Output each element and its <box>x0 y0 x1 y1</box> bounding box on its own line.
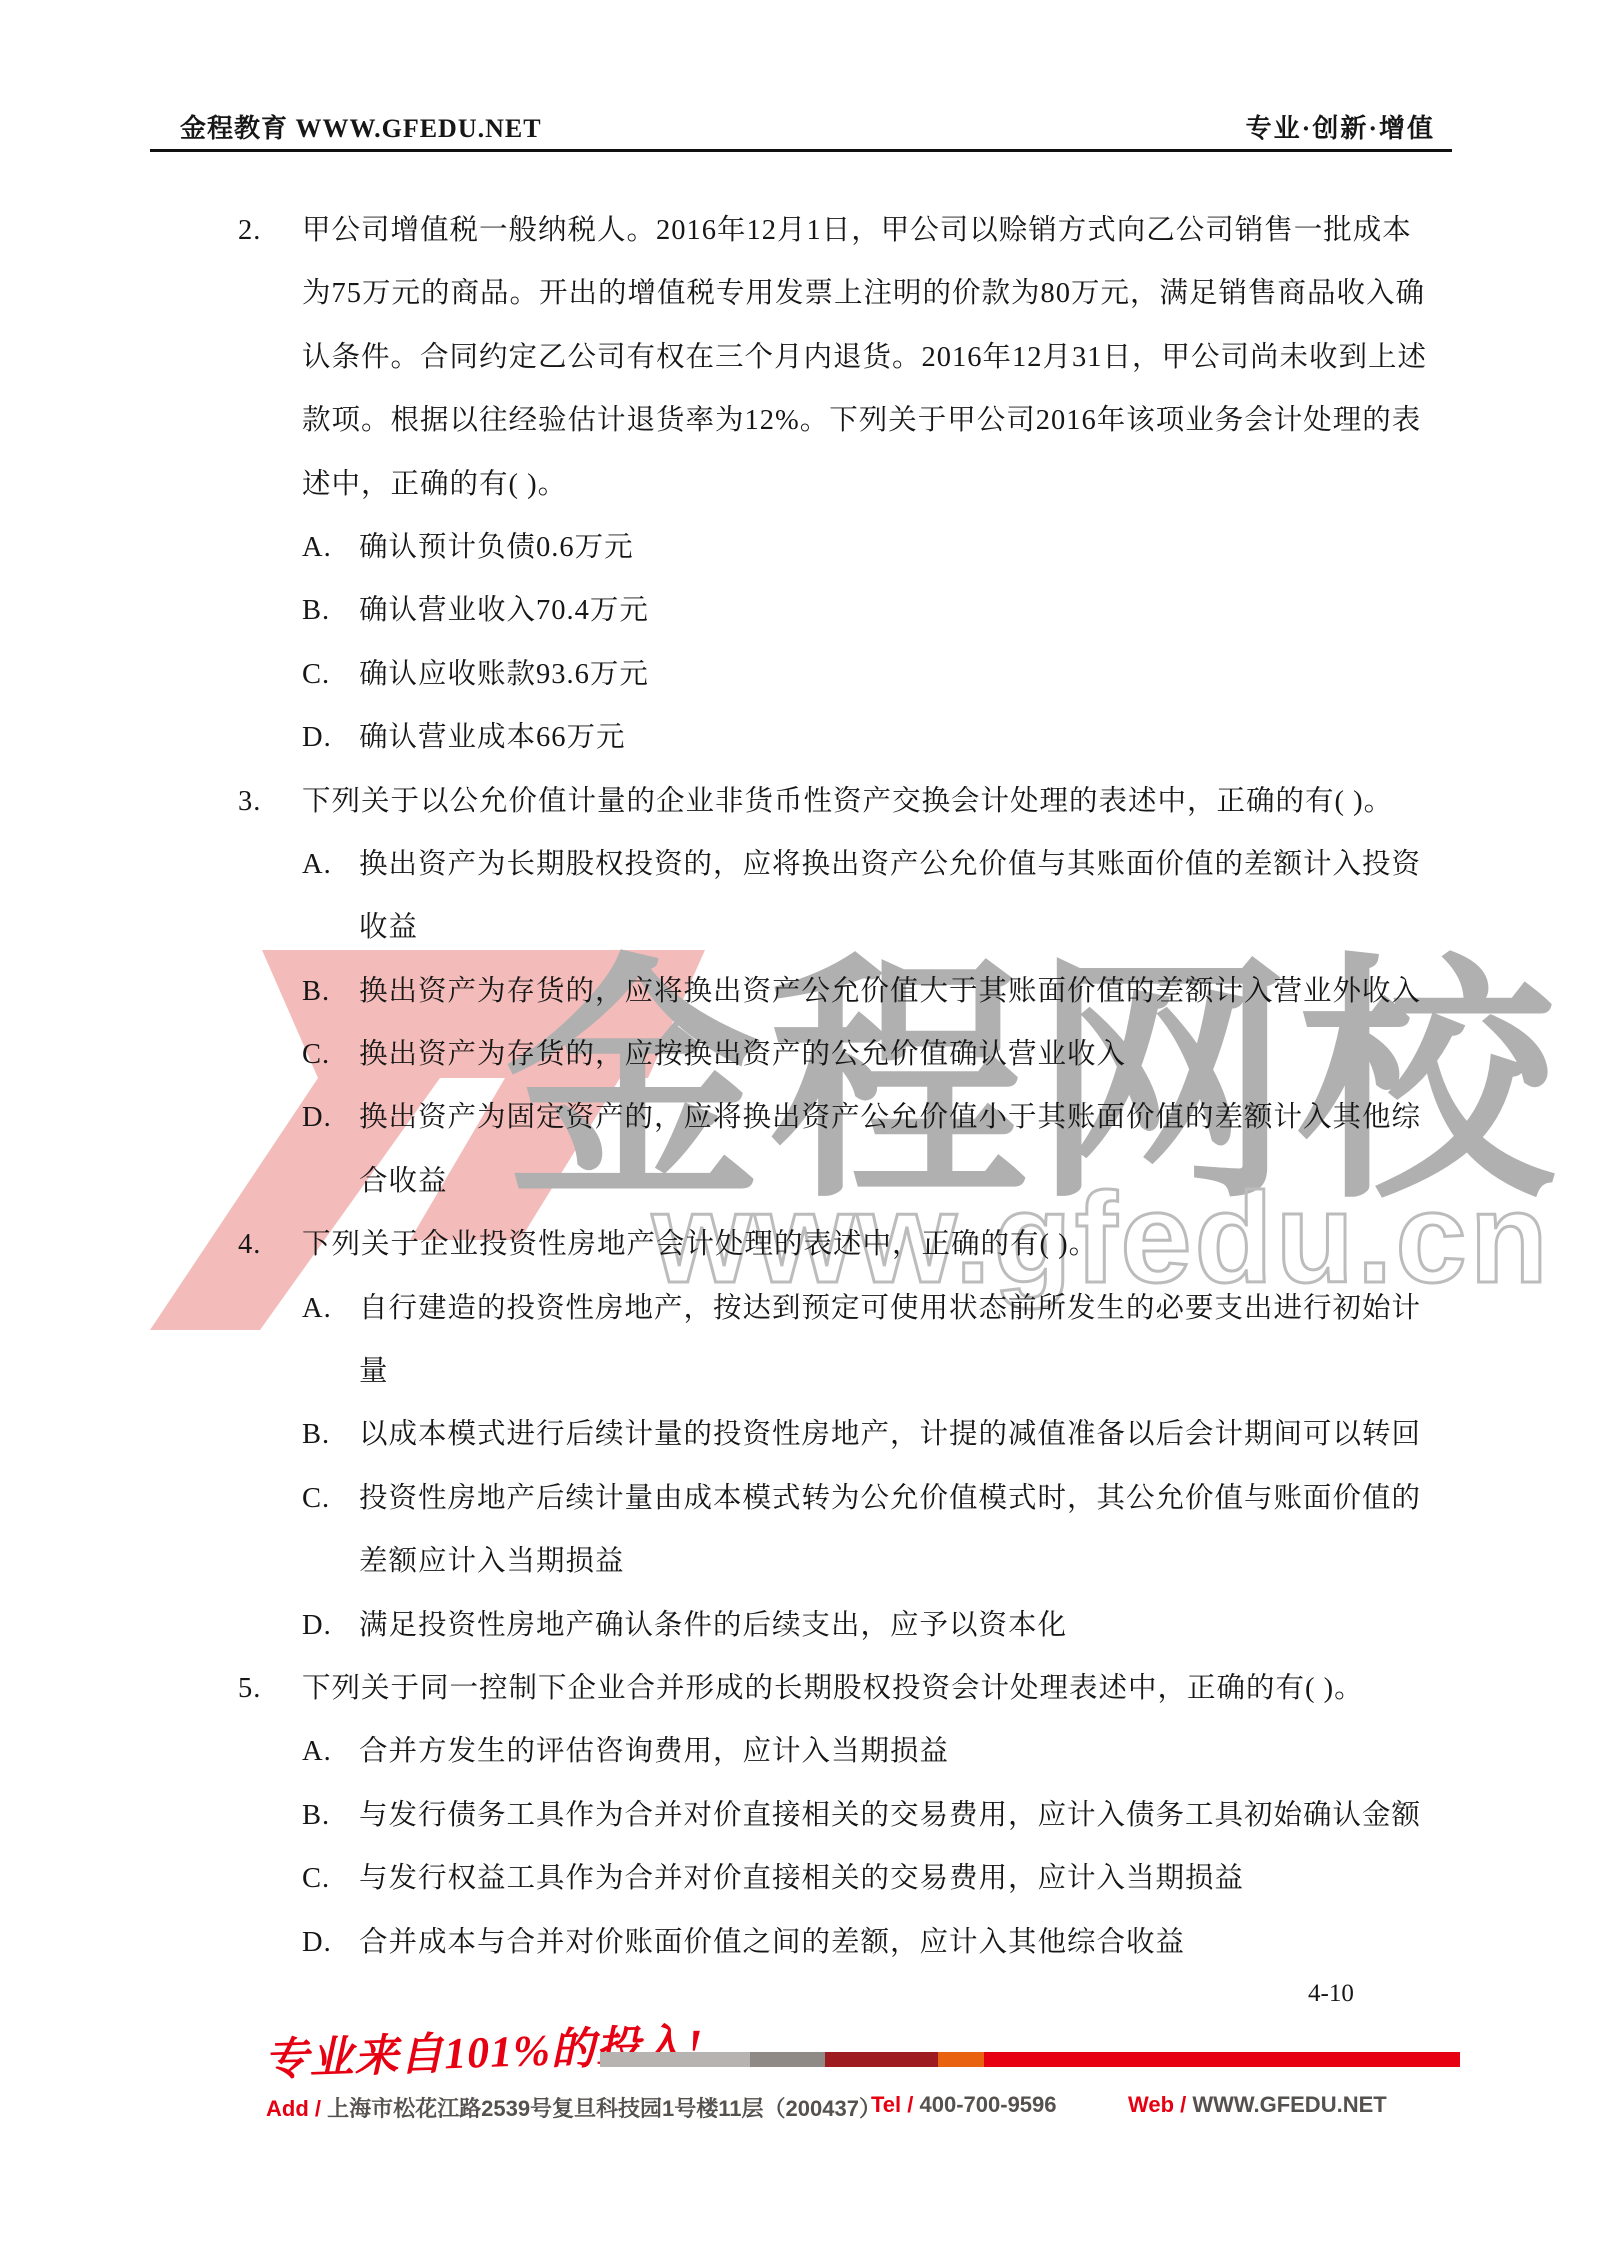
web-value: WWW.GFEDU.NET <box>1192 2092 1386 2117</box>
web-label: Web <box>1128 2092 1174 2117</box>
question-5-option-c: C.与发行权益工具作为合并对价直接相关的交易费用，应计入当期损益 <box>0 1847 1600 1910</box>
question-2-number: 2. <box>238 199 302 262</box>
bar-segment-lightgray <box>600 2052 750 2067</box>
address-value: 上海市松花江路2539号复旦科技园1号楼11层（200437） <box>327 2096 881 2121</box>
option-text: 换出资产为固定资产的，应将换出资产公允价值小于其账面价值的差额计入其他综 <box>359 1102 1421 1133</box>
option-text: 满足投资性房地产确认条件的后续支出，应予以资本化 <box>359 1610 1067 1641</box>
question-4-option-c-cont: 差额应计入当期损益 <box>0 1530 1600 1593</box>
question-2-option-d: D.确认营业成本66万元 <box>0 706 1600 769</box>
questions-area: 2.甲公司增值税一般纳税人。2016年12月1日，甲公司以赊销方式向乙公司销售一… <box>0 199 1600 1974</box>
question-2-stem-line: 为75万元的商品。开出的增值税专用发票上注明的价款为80万元，满足销售商品收入确 <box>0 262 1600 325</box>
bar-segment-red <box>984 2052 1460 2067</box>
option-text: 投资性房地产后续计量由成本模式转为公允价值模式时，其公允价值与账面价值的 <box>359 1483 1421 1514</box>
option-text: 合并方发生的评估咨询费用，应计入当期损益 <box>359 1736 949 1767</box>
question-2-option-c: C.确认应收账款93.6万元 <box>0 643 1600 706</box>
tel-value: 400-700-9596 <box>920 2092 1057 2117</box>
option-label: A. <box>302 516 359 579</box>
question-3-option-a-cont: 收益 <box>0 896 1600 959</box>
footer-web: Web / WWW.GFEDU.NET <box>1128 2092 1387 2118</box>
stem-text: 下列关于以公允价值计量的企业非货币性资产交换会计处理的表述中，正确的有( )。 <box>302 786 1393 817</box>
question-4-option-d: D.满足投资性房地产确认条件的后续支出，应予以资本化 <box>0 1594 1600 1657</box>
option-label: D. <box>302 1594 359 1657</box>
web-separator: / <box>1174 2092 1192 2117</box>
address-separator: / <box>309 2096 327 2121</box>
stem-text: 下列关于同一控制下企业合并形成的长期股权投资会计处理表述中，正确的有( )。 <box>302 1673 1364 1704</box>
question-3-option-d-cont: 合收益 <box>0 1150 1600 1213</box>
question-3-stem-line: 3.下列关于以公允价值计量的企业非货币性资产交换会计处理的表述中，正确的有( )… <box>0 770 1600 833</box>
bar-segment-gray <box>750 2052 825 2067</box>
question-5-option-a: A.合并方发生的评估咨询费用，应计入当期损益 <box>0 1720 1600 1783</box>
option-text: 自行建造的投资性房地产，按达到预定可使用状态前所发生的必要支出进行初始计 <box>359 1293 1421 1324</box>
option-label: B. <box>302 1403 359 1466</box>
option-label: A. <box>302 1277 359 1340</box>
question-4-number: 4. <box>238 1213 302 1276</box>
option-label: C. <box>302 643 359 706</box>
option-text: 与发行权益工具作为合并对价直接相关的交易费用，应计入当期损益 <box>359 1863 1244 1894</box>
footer-color-bar <box>600 2052 1460 2067</box>
question-2-stem-line: 2.甲公司增值税一般纳税人。2016年12月1日，甲公司以赊销方式向乙公司销售一… <box>0 199 1600 262</box>
question-4-option-b: B.以成本模式进行后续计量的投资性房地产，计提的减值准备以后会计期间可以转回 <box>0 1403 1600 1466</box>
question-2-stem-line: 述中，正确的有( )。 <box>0 453 1600 516</box>
address-label: Add <box>266 2096 309 2121</box>
question-5-option-b: B.与发行债务工具作为合并对价直接相关的交易费用，应计入债务工具初始确认金额 <box>0 1784 1600 1847</box>
option-label: B. <box>302 960 359 1023</box>
header-motto-text: 专业·创新·增值 <box>1246 108 1435 145</box>
bar-segment-darkred <box>825 2052 938 2067</box>
question-3-option-a: A.换出资产为长期股权投资的，应将换出资产公允价值与其账面价值的差额计入投资 <box>0 833 1600 896</box>
option-label: D. <box>302 1911 359 1974</box>
question-4-option-a-cont: 量 <box>0 1340 1600 1403</box>
option-label: C. <box>302 1467 359 1530</box>
option-label: C. <box>302 1023 359 1086</box>
footer-address: Add / 上海市松花江路2539号复旦科技园1号楼11层（200437） <box>266 2092 881 2123</box>
question-4-stem-line: 4.下列关于企业投资性房地产会计处理的表述中，正确的有( )。 <box>0 1213 1600 1276</box>
question-2-stem-line: 认条件。合同约定乙公司有权在三个月内退货。2016年12月31日，甲公司尚未收到… <box>0 326 1600 389</box>
question-2-option-b: B.确认营业收入70.4万元 <box>0 579 1600 642</box>
page-number: 4-10 <box>1308 1980 1354 2008</box>
question-5-option-d: D.合并成本与合并对价账面价值之间的差额，应计入其他综合收益 <box>0 1911 1600 1974</box>
question-3-option-b: B.换出资产为存货的，应将换出资产公允价值大于其账面价值的差额计入营业外收入 <box>0 960 1600 1023</box>
question-2-stem-line: 款项。根据以往经验估计退货率为12%。下列关于甲公司2016年该项业务会计处理的… <box>0 389 1600 452</box>
option-text: 确认预计负债0.6万元 <box>359 532 634 563</box>
option-text: 确认营业收入70.4万元 <box>359 595 649 626</box>
option-text: 合并成本与合并对价账面价值之间的差额，应计入其他综合收益 <box>359 1927 1185 1958</box>
header-brand-text: 金程教育 WWW.GFEDU.NET <box>180 108 542 145</box>
question-5-number: 5. <box>238 1657 302 1720</box>
option-label: A. <box>302 833 359 896</box>
question-5-stem-line: 5.下列关于同一控制下企业合并形成的长期股权投资会计处理表述中，正确的有( )。 <box>0 1657 1600 1720</box>
stem-text: 下列关于企业投资性房地产会计处理的表述中，正确的有( )。 <box>302 1229 1098 1260</box>
option-text: 换出资产为存货的，应按换出资产的公允价值确认营业收入 <box>359 1039 1126 1070</box>
tel-label: Tel <box>871 2092 901 2117</box>
footer-slogan: 专业来自101%的投入! <box>263 2008 705 2087</box>
option-text: 以成本模式进行后续计量的投资性房地产，计提的减值准备以后会计期间可以转回 <box>359 1419 1421 1450</box>
option-label: B. <box>302 1784 359 1847</box>
question-4-option-a: A.自行建造的投资性房地产，按达到预定可使用状态前所发生的必要支出进行初始计 <box>0 1277 1600 1340</box>
option-text: 换出资产为存货的，应将换出资产公允价值大于其账面价值的差额计入营业外收入 <box>359 976 1421 1007</box>
tel-separator: / <box>901 2092 919 2117</box>
option-text: 与发行债务工具作为合并对价直接相关的交易费用，应计入债务工具初始确认金额 <box>359 1800 1421 1831</box>
stem-text: 甲公司增值税一般纳税人。2016年12月1日，甲公司以赊销方式向乙公司销售一批成… <box>302 215 1412 246</box>
header-rule <box>150 149 1452 152</box>
option-text: 确认营业成本66万元 <box>359 722 626 753</box>
question-4-option-c: C.投资性房地产后续计量由成本模式转为公允价值模式时，其公允价值与账面价值的 <box>0 1467 1600 1530</box>
option-text: 确认应收账款93.6万元 <box>359 659 649 690</box>
footer-tel: Tel / 400-700-9596 <box>871 2092 1057 2118</box>
option-text: 换出资产为长期股权投资的，应将换出资产公允价值与其账面价值的差额计入投资 <box>359 849 1421 880</box>
option-label: D. <box>302 1086 359 1149</box>
question-3-number: 3. <box>238 770 302 833</box>
question-2-option-a: A.确认预计负债0.6万元 <box>0 516 1600 579</box>
question-3-option-c: C.换出资产为存货的，应按换出资产的公允价值确认营业收入 <box>0 1023 1600 1086</box>
option-label: C. <box>302 1847 359 1910</box>
bar-segment-orange <box>938 2052 984 2067</box>
option-label: D. <box>302 706 359 769</box>
option-label: B. <box>302 579 359 642</box>
question-3-option-d: D.换出资产为固定资产的，应将换出资产公允价值小于其账面价值的差额计入其他综 <box>0 1086 1600 1149</box>
option-label: A. <box>302 1720 359 1783</box>
document-page: 金程教育 WWW.GFEDU.NET 专业·创新·增值 金程网校 www.gfe… <box>0 0 1600 2263</box>
